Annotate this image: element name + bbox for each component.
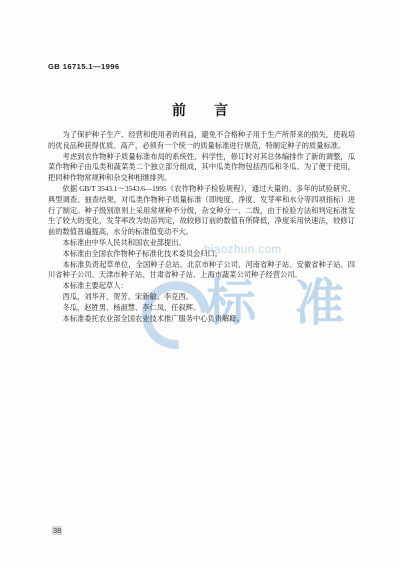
page-title: 前 言 [0, 100, 400, 120]
paragraph: 本标准由中华人民共和国农业部提出。 [48, 238, 355, 249]
foreword-body: 为了保护种子生产、经营和使用者的利益，避免不合格种子用于生产所带来的损失，使栽培… [48, 130, 355, 324]
paragraph: 冬瓜，赵胜男、杨淑慧、李仁凤、任叙辉。 [48, 303, 355, 314]
paragraph: 本标准委托农业部全国农业技术推广服务中心负责解释。 [48, 314, 355, 325]
page-number: 38 [52, 526, 62, 535]
paragraph: 本标准主要起草人： [48, 281, 355, 292]
paragraph: 西瓜，刘华开、贺芳、宋新敏、李克西。 [48, 292, 355, 303]
paragraph: 本标准由全国农作物种子标准化技术委员会归口。 [48, 249, 355, 260]
document-ink-layer: GB 16715.1—1996 前 言 为了保护种子生产、经营和使用者的利益，避… [0, 0, 400, 567]
standard-code: GB 16715.1—1996 [48, 62, 119, 71]
paragraph: 考虑到农作物种子质量标准布局的系统性、科学性，修订时对其总体编排作了新的调整，瓜… [48, 152, 355, 184]
paragraph: 本标准负责起草单位，全国种子总站、北京市种子公司、河南省种子站、安徽省种子站、四… [48, 260, 355, 282]
paragraph: 为了保护种子生产、经营和使用者的利益，避免不合格种子用于生产所带来的损失，使栽培… [48, 130, 355, 152]
paragraph: 依据 GB/T 3543.1～3543.6—1995《农作物种子检验规程》，通过… [48, 184, 355, 238]
document-page: biaozhun.com 标 准 GB 16715.1—1996 前 言 为了保… [0, 0, 400, 567]
